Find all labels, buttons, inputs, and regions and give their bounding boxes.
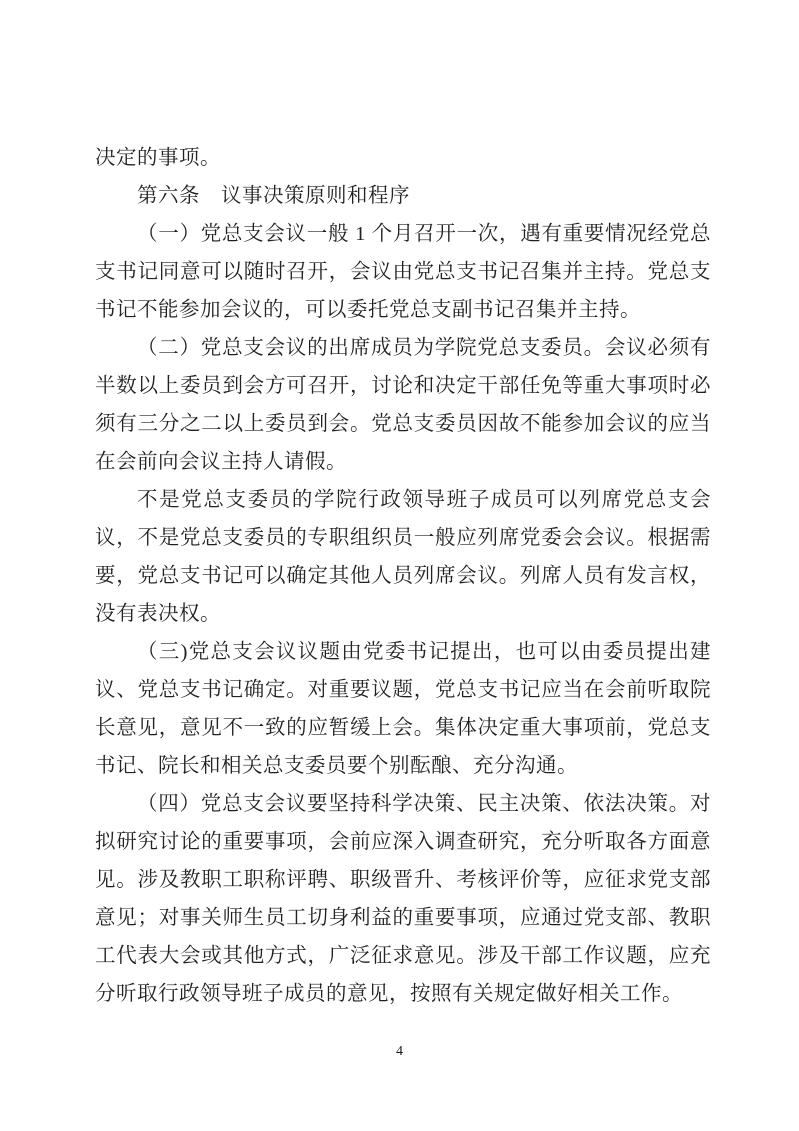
page-footer: 4 [0, 1042, 799, 1060]
item-3-paragraph: （三)党总支会议议题由党委书记提出，也可以由委员提出建议、党总支书记确定。对重要… [95, 633, 711, 785]
article-6-heading: 第六条 议事决策原则和程序 [95, 177, 711, 215]
continuation-paragraph: 决定的事项。 [95, 139, 711, 177]
item-2-supplement-paragraph: 不是党总支委员的学院行政领导班子成员可以列席党总支会议，不是党总支委员的专职组织… [95, 481, 711, 633]
document-page: 决定的事项。 第六条 议事决策原则和程序 （一）党总支会议一般 1 个月召开一次… [0, 0, 799, 1131]
document-body: 决定的事项。 第六条 议事决策原则和程序 （一）党总支会议一般 1 个月召开一次… [95, 139, 711, 1013]
item-1-paragraph: （一）党总支会议一般 1 个月召开一次，遇有重要情况经党总支书记同意可以随时召开… [95, 215, 711, 329]
item-4-paragraph: （四）党总支会议要坚持科学决策、民主决策、依法决策。对拟研究讨论的重要事项，会前… [95, 785, 711, 1013]
item-2-paragraph: （二）党总支会议的出席成员为学院党总支委员。会议必须有半数以上委员到会方可召开，… [95, 329, 711, 481]
page-number: 4 [396, 1044, 403, 1059]
